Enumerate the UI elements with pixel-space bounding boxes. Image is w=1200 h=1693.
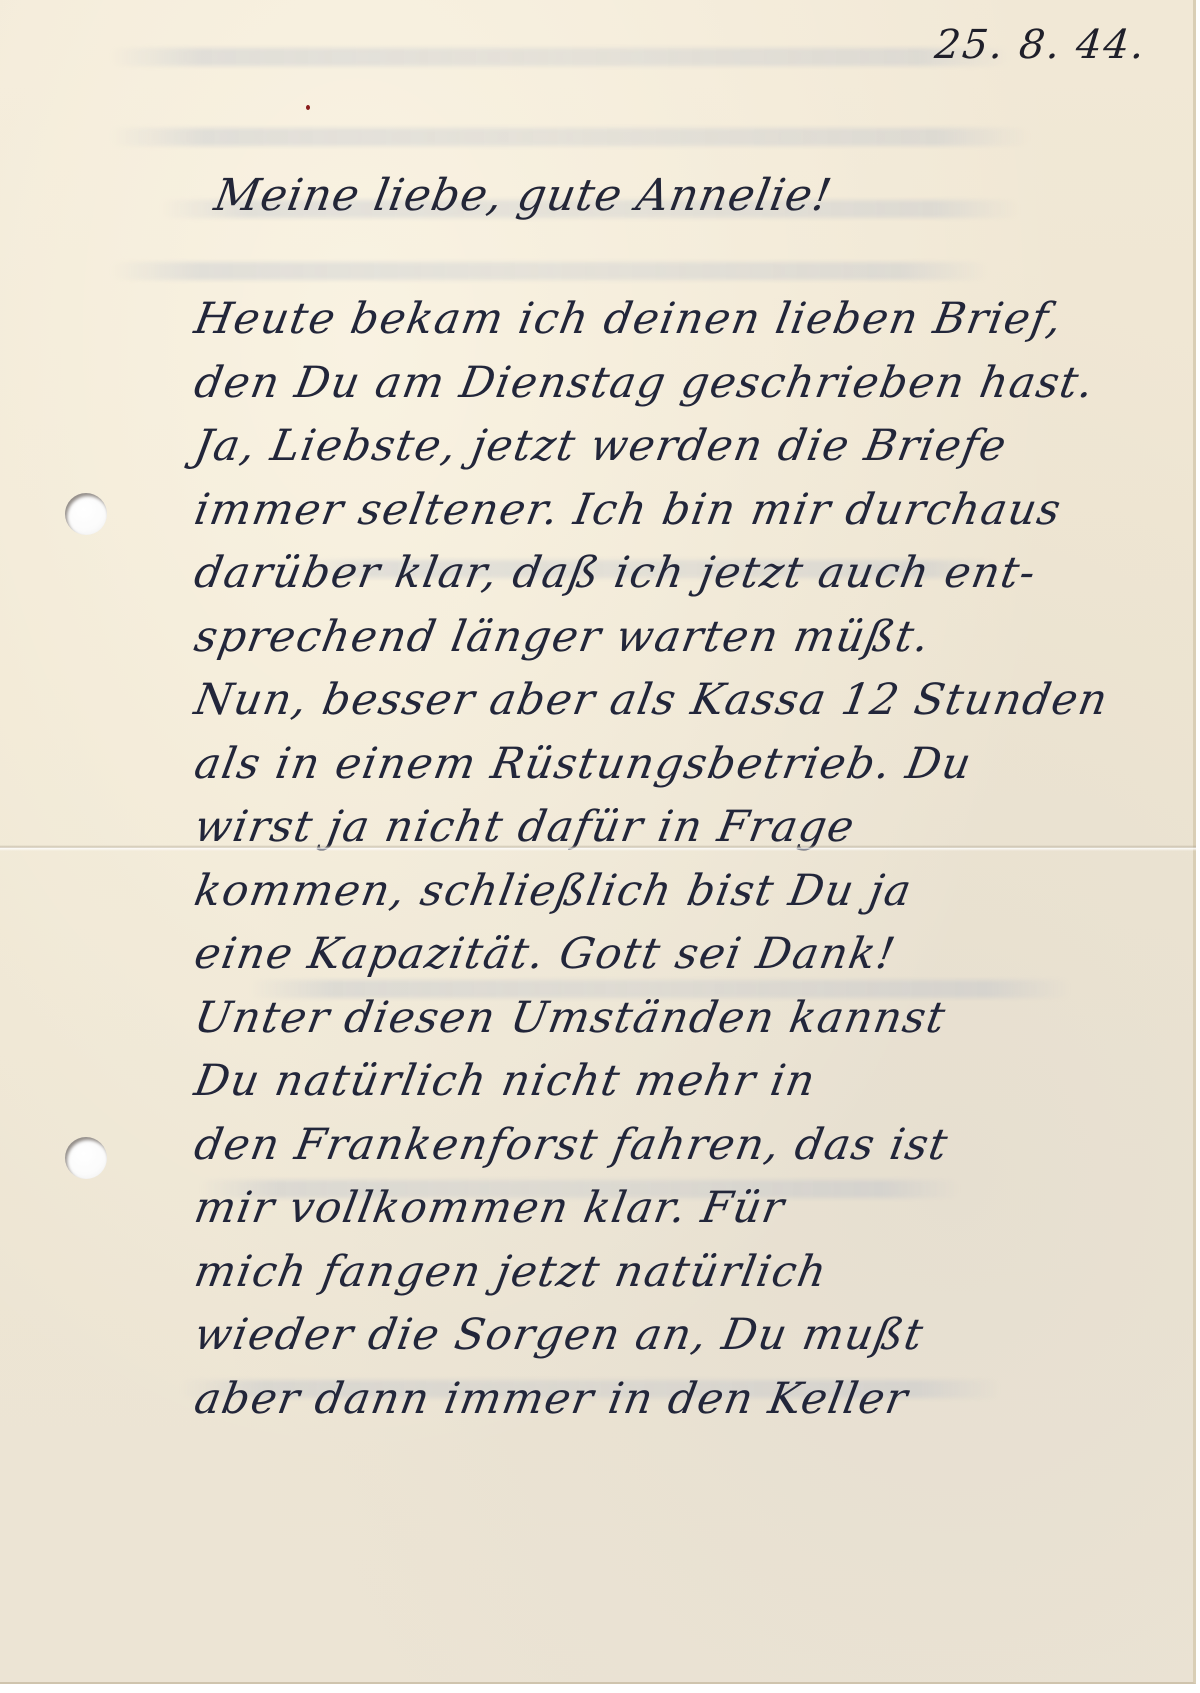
letter-line: kommen, schließlich bist Du ja	[189, 860, 1180, 924]
letter-line: Ja, Liebste, jetzt werden die Briefe	[189, 415, 1180, 479]
letter-line: sprechend länger warten müßt.	[189, 606, 1180, 670]
bleed-through-line	[110, 262, 990, 280]
paper-fold-crease	[0, 845, 1196, 851]
letter-date: 25. 8. 44.	[933, 22, 1149, 68]
letter-line: wieder die Sorgen an, Du mußt	[189, 1304, 1180, 1368]
letter-line: eine Kapazität. Gott sei Dank!	[189, 923, 1180, 987]
letter-line: als in einem Rüstungsbetrieb. Du	[189, 733, 1180, 797]
punch-hole	[65, 493, 107, 535]
letter-line: den Du am Dienstag geschrieben hast.	[189, 352, 1180, 416]
letter-line: mir vollkommen klar. Für	[189, 1177, 1180, 1241]
letter-salutation: Meine liebe, gute Annelie!	[211, 170, 836, 221]
letter-body: Heute bekam ich deinen lieben Brief, den…	[195, 288, 1175, 1431]
letter-line: Du natürlich nicht mehr in	[189, 1050, 1180, 1114]
letter-line: Unter diesen Umständen kannst	[189, 987, 1180, 1051]
letter-line: mich fangen jetzt natürlich	[189, 1241, 1180, 1305]
bleed-through-line	[110, 48, 1010, 66]
punch-hole	[65, 1137, 107, 1179]
letter-line: darüber klar, daß ich jetzt auch ent-	[189, 542, 1180, 606]
letter-line: Heute bekam ich deinen lieben Brief,	[189, 288, 1180, 352]
bleed-through-line	[110, 128, 1030, 146]
letter-line: den Frankenforst fahren, das ist	[189, 1114, 1180, 1178]
letter-page: 25. 8. 44. Meine liebe, gute Annelie! He…	[0, 0, 1196, 1684]
letter-line: aber dann immer in den Keller	[189, 1368, 1180, 1432]
letter-line: immer seltener. Ich bin mir durchaus	[189, 479, 1180, 543]
red-ink-spot	[306, 105, 310, 110]
letter-line: Nun, besser aber als Kassa 12 Stunden	[189, 669, 1180, 733]
